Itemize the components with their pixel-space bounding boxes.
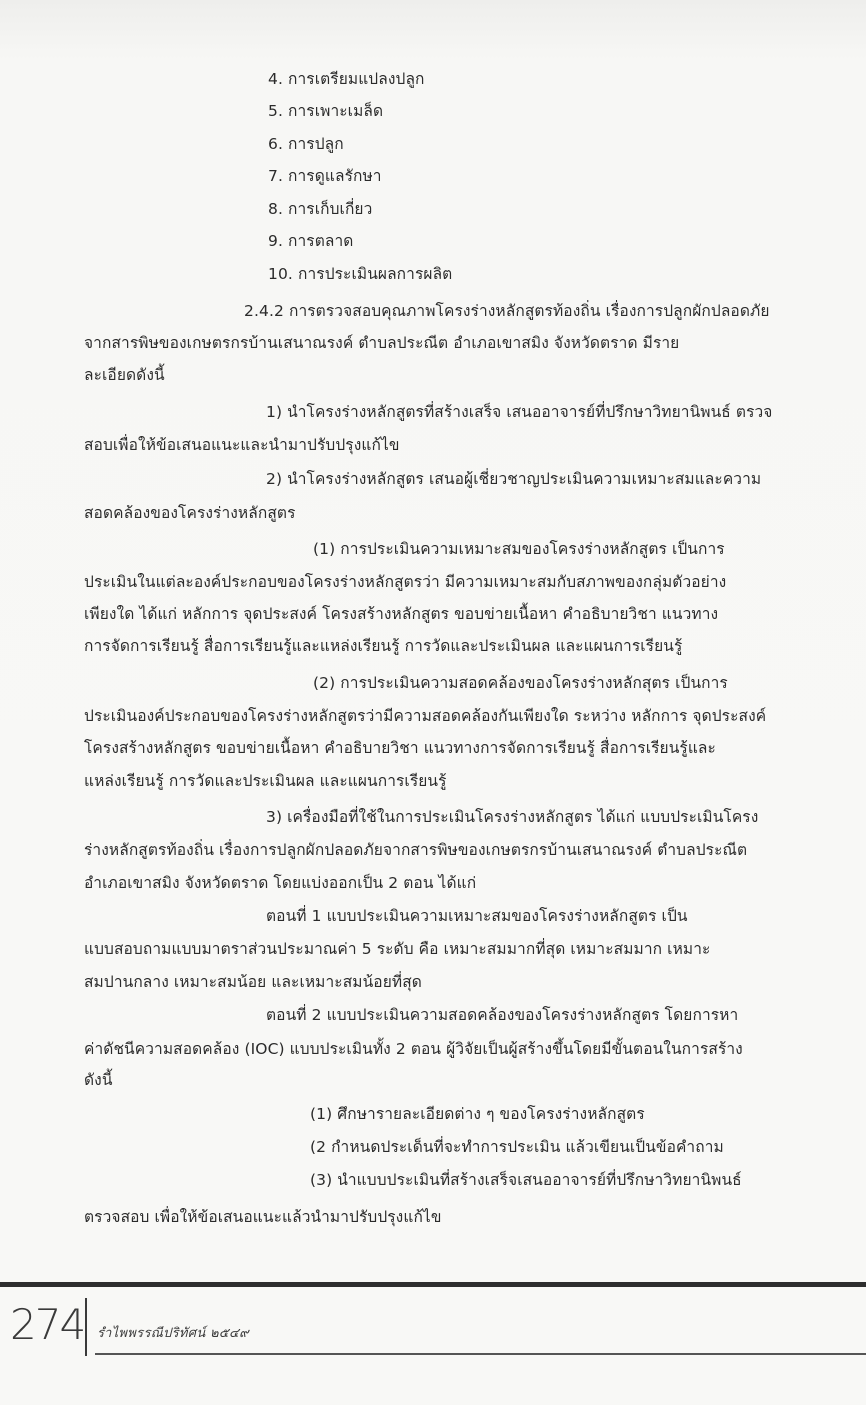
list-item: 4. การเตรียมแปลงปลูก	[268, 69, 425, 89]
list-item: 6. การปลูก	[268, 134, 344, 154]
text-line: แบบสอบถามแบบมาตราส่วนประมาณค่า 5 ระดับ ค…	[84, 939, 710, 959]
list-item: 5. การเพาะเมล็ด	[268, 101, 383, 121]
list-item: 7. การดูแลรักษา	[268, 166, 382, 186]
text-line: สมปานกลาง เหมาะสมน้อย และเหมาะสมน้อยที่ส…	[84, 972, 422, 992]
text-line: ประเมินองค์ประกอบของโครงร่างหลักสูตรว่าม…	[84, 706, 766, 726]
document-page: 4. การเตรียมแปลงปลูก 5. การเพาะเมล็ด 6. …	[0, 0, 866, 1405]
list-item: (2 กำหนดประเด็นที่จะทำการประเมิน แล้วเขี…	[310, 1137, 724, 1157]
text-line: แหล่งเรียนรู้ การวัดและประเมินผล และแผนก…	[84, 771, 447, 791]
text-line: 3) เครื่องมือที่ใช้ในการประเมินโครงร่างห…	[266, 807, 758, 827]
footer-top-rule	[0, 1282, 866, 1287]
list-item: 10. การประเมินผลการผลิต	[268, 264, 452, 284]
text-line: ค่าดัชนีความสอดคล้อง (IOC) แบบประเมินทั้…	[84, 1039, 743, 1059]
text-line: สอดคล้องของโครงร่างหลักสูตร	[84, 503, 296, 523]
list-item: 9. การตลาด	[268, 231, 353, 251]
footer-divider	[85, 1298, 87, 1356]
text-line: ละเอียดดังนี้	[84, 365, 165, 385]
text-line: 1) นำโครงร่างหลักสูตรที่สร้างเสร็จ เสนออ…	[266, 402, 772, 422]
text-line: อำเภอเขาสมิง จังหวัดตราด โดยแบ่งออกเป็น …	[84, 873, 476, 893]
text-line: (1) การประเมินความเหมาะสมของโครงร่างหลัก…	[313, 539, 725, 559]
footer-bottom-rule	[95, 1353, 866, 1355]
list-item: 8. การเก็บเกี่ยว	[268, 199, 372, 219]
text-line: เพียงใด ได้แก่ หลักการ จุดประสงค์ โครงสร…	[84, 604, 718, 624]
text-line: โครงสร้างหลักสูตร ขอบข่ายเนื้อหา คำอธิบา…	[84, 738, 716, 758]
text-line: ตอนที่ 2 แบบประเมินความสอดคล้องของโครงร่…	[266, 1005, 738, 1025]
list-item: (3) นำแบบประเมินที่สร้างเสร็จเสนออาจารย์…	[310, 1170, 742, 1190]
text-line: การจัดการเรียนรู้ สื่อการเรียนรู้และแหล่…	[84, 636, 682, 656]
text-line: ตอนที่ 1 แบบประเมินความเหมาะสมของโครงร่า…	[266, 906, 688, 926]
text-line: (2) การประเมินความสอดคล้องของโครงร่างหลั…	[313, 673, 728, 693]
text-line: ดังนี้	[84, 1070, 113, 1090]
text-line: จากสารพิษของเกษตรกรบ้านเสนาณรงค์ ตำบลประ…	[84, 333, 679, 353]
list-item: (1) ศึกษารายละเอียดต่าง ๆ ของโครงร่างหลั…	[310, 1104, 645, 1124]
journal-title: รำไพพรรณีปริทัศน์ ๒๕๔๙	[97, 1326, 249, 1342]
page-number: 274	[10, 1302, 84, 1348]
section-heading-line: 2.4.2 การตรวจสอบคุณภาพโครงร่างหลักสูตรท้…	[244, 301, 770, 321]
text-line: ร่างหลักสูตรท้องถิ่น เรื่องการปลูกผักปลอ…	[84, 840, 747, 860]
text-line: 2) นำโครงร่างหลักสูตร เสนอผู้เชี่ยวชาญปร…	[266, 469, 761, 489]
text-line: ตรวจสอบ เพื่อให้ข้อเสนอแนะแล้วนำมาปรับปร…	[84, 1207, 442, 1227]
text-line: ประเมินในแต่ละองค์ประกอบของโครงร่างหลักส…	[84, 572, 726, 592]
text-line: สอบเพื่อให้ข้อเสนอแนะและนำมาปรับปรุงแก้ไ…	[84, 435, 400, 455]
